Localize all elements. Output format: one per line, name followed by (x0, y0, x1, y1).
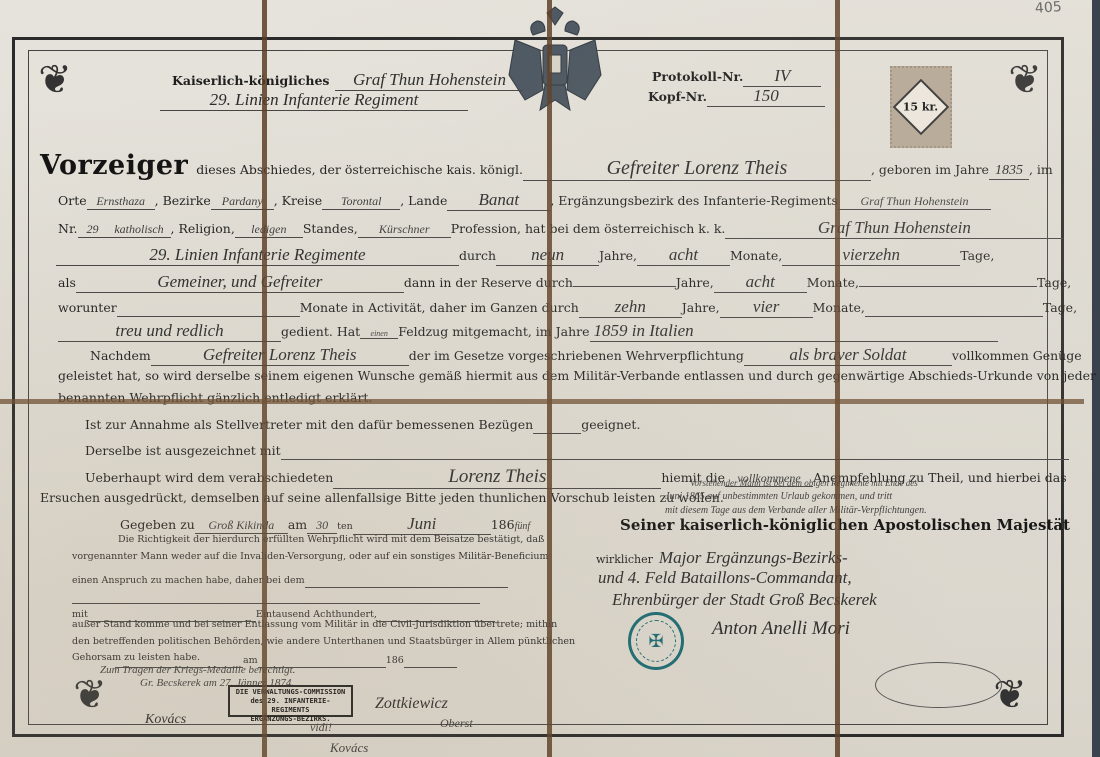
serving-unit-field: Graf Thun Hohenstein (725, 218, 1063, 239)
authority-title: Seiner kaiserlich-königlichen Apostolisc… (620, 516, 1070, 534)
text-line: Standes, (303, 221, 358, 236)
discharged-name-field: Gefreiter Lorenz Theis (151, 345, 409, 366)
header-label: Kaiserlich-königliches (172, 73, 329, 88)
serving-unit-line2: 29. Linien Infanterie Regimente (56, 245, 459, 266)
text-line: Monate, (730, 248, 782, 263)
fine-print: außer Stand komme und bei seiner Entlass… (72, 619, 557, 630)
issue-place-field: Groß Kikinda (195, 518, 288, 534)
text-line: , geboren im Jahre (871, 162, 989, 177)
text-line: am (288, 517, 307, 532)
service-months-field: acht (637, 245, 730, 266)
text-line: Nachdem (90, 348, 151, 363)
double-headed-eagle-icon (495, 5, 615, 115)
recommended-name-field: Lorenz Theis (333, 466, 661, 489)
text-line: Tage, (960, 248, 994, 263)
text-line: worunter (58, 300, 117, 315)
text-line: , Bezirke (155, 193, 211, 208)
corner-ornament-icon: ❦ (20, 45, 90, 115)
text-line: Monate in Activität, daher im Ganzen dur… (300, 300, 579, 315)
issue-year-field: fünf (515, 521, 531, 532)
fold-line (547, 0, 552, 757)
text-line: Ist zur Annahme als Stellvertreter mit d… (85, 417, 533, 432)
campaign-field: 1859 in Italien (590, 321, 998, 342)
issue-day-field: 30 (307, 518, 337, 534)
soldier-quality-field: als braver Soldat (744, 345, 952, 366)
protokoll-label: Protokoll-Nr. (652, 69, 743, 84)
vidi-mark: vidi! (310, 720, 332, 735)
signature-flourish (875, 662, 1002, 708)
service-days-field: vierzehn (782, 245, 960, 266)
land-field: Banat (447, 190, 550, 211)
text-line: geeignet. (581, 417, 640, 432)
officer-title-line1: Major Ergänzungs-Bezirks- (659, 548, 848, 568)
signature-right: Zottkiewicz (375, 695, 448, 713)
regiment-number-field: 29. Linien Infanterie Regiment (160, 90, 468, 111)
total-years-field: zehn (579, 297, 682, 318)
regiment-nr-field: 29 (78, 222, 108, 238)
text-line: ten (337, 521, 353, 532)
soldier-name-field: Gefreiter Lorenz Theis (523, 157, 871, 181)
commission-stamp: DIE VERWALTUNGS-COMMISSION des 29. INFAN… (228, 685, 353, 717)
signature-left: Kovács (145, 712, 186, 728)
campaign-count-field: einen (360, 329, 398, 339)
fine-print: vorgenannter Mann weder auf die Invalide… (72, 551, 549, 562)
text-line: Orte (58, 193, 87, 208)
reserve-days-field (859, 286, 1037, 287)
text-line: Gegeben zu (120, 517, 195, 532)
document-title: Vorzeiger (40, 150, 188, 181)
reserve-months-field: acht (714, 272, 807, 293)
text-line: Profession, hat bei dem österreichisch k… (451, 221, 726, 236)
text-line: Jahre, (676, 275, 714, 290)
signature-bottom: Kovács (330, 740, 368, 756)
text-line: wirklicher (596, 553, 653, 566)
birth-year-field: 1835 (989, 163, 1029, 180)
text-line: Ueberhaupt wird dem verabschiedeten (85, 470, 333, 485)
officer-signature: Anton Anelli Mori (712, 618, 850, 640)
text-line: 186 (491, 517, 515, 532)
officer-title-line2: und 4. Feld Bataillons-Commandant, (598, 568, 852, 588)
handwritten-note: Juni 1865 auf unbestimmten Urlaub gekomm… (665, 491, 892, 502)
text-line: dieses Abschiedes, der österreichische k… (196, 162, 523, 177)
rank-field: Gemeiner, und Gefreiter (76, 272, 404, 293)
text-line: durch (459, 248, 496, 263)
fine-print: 186 (386, 655, 404, 666)
religion-field: katholisch (108, 222, 171, 238)
fold-line (835, 0, 840, 757)
text-line: Monate, (807, 275, 859, 290)
text-line: Jahre, (682, 300, 720, 315)
fine-print: Die Richtigkeit der hierdurch erfüllten … (118, 534, 544, 545)
document-paper: 405 ❦ ❦ ❦ ❦ Kaiserlich-königliches Graf … (0, 0, 1092, 757)
handwritten-note: Vorstehender Mann ist bei dem obigen Reg… (690, 478, 918, 488)
fold-line (0, 399, 1084, 404)
handwritten-note: mit diesem Tage aus dem Verbande aller M… (665, 505, 927, 516)
text-line: Derselbe ist ausgezeichnet mit (85, 443, 281, 458)
text-line: Tage, (1037, 275, 1071, 290)
text-line: als (58, 275, 76, 290)
text-line: Feldzug mitgemacht, im Jahre (398, 324, 589, 339)
stamp-line: DIE VERWALTUNGS-COMMISSION (233, 688, 348, 697)
county-field: Torontal (322, 194, 400, 210)
fold-line (262, 0, 267, 757)
text-line: geleistet hat, so wird derselbe seinem e… (58, 368, 1100, 383)
regiment-name-field: Graf Thun Hohenstein (335, 70, 523, 91)
text-line: Nr. (58, 221, 78, 236)
text-line: , im (1029, 162, 1053, 177)
signature-right-rank: Oberst (440, 716, 473, 731)
kopf-number: 150 (707, 86, 825, 107)
total-months-field: vier (720, 297, 813, 318)
text-line: gedient. Hat (281, 324, 360, 339)
revenue-stamp: 15 kr. (890, 66, 952, 148)
corner-ornament-icon: ❦ (990, 45, 1060, 115)
text-line: vollkommen Genüge (952, 348, 1082, 363)
text-line: , Religion, (171, 221, 235, 236)
reserve-years-field (573, 286, 676, 287)
official-seal-icon: ✠ (628, 612, 684, 670)
text-line: Jahre, (599, 248, 637, 263)
conduct-field: treu und redlich (58, 321, 281, 342)
marital-status-field: ledigen (235, 222, 303, 238)
kopf-label: Kopf-Nr. (648, 89, 707, 104)
protokoll-number: IV (743, 66, 821, 87)
town-field: Ernsthaza (87, 194, 155, 210)
text-line: , Kreise (274, 193, 322, 208)
revenue-stamp-value: 15 kr. (903, 101, 938, 114)
stamp-line: des 29. INFANTERIE-REGIMENTS (233, 697, 348, 715)
issue-month-field: Juni (353, 514, 491, 535)
text-line: Ersuchen ausgedrückt, demselben auf sein… (40, 490, 724, 505)
text-line: Tage, (1043, 300, 1077, 315)
profession-field: Kürschner (358, 222, 451, 238)
text-line: , Ergänzungsbezirk des Infanterie-Regime… (550, 193, 838, 208)
fine-print: den betreffenden politischen Behörden, w… (72, 636, 575, 647)
text-line: der im Gesetze vorgeschriebenen Wehrverp… (409, 348, 744, 363)
recruitment-regiment-field: Graf Thun Hohenstein (838, 194, 991, 210)
text-line: , Lande (400, 193, 447, 208)
archive-number: 405 (1034, 0, 1062, 17)
